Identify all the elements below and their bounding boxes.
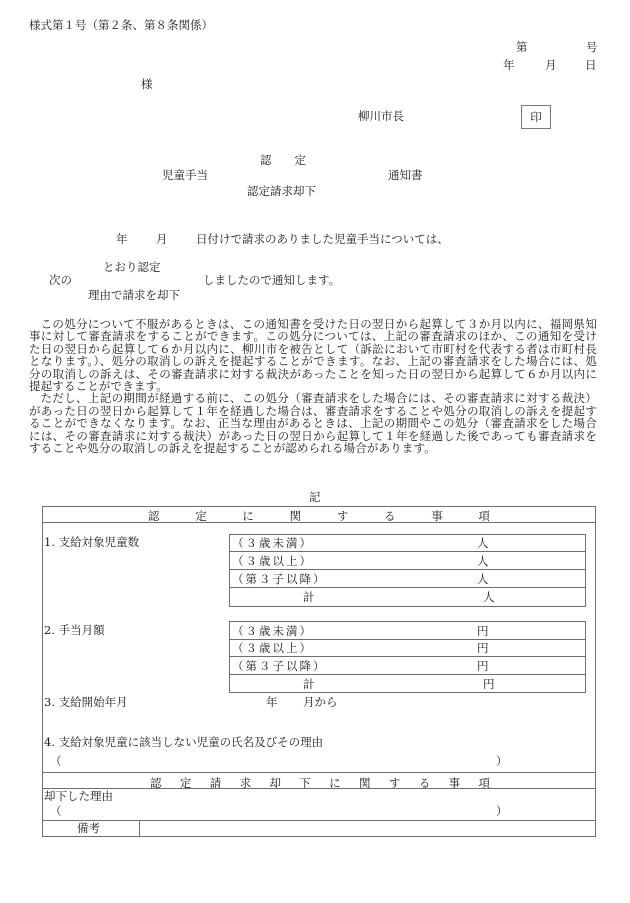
row-label-under3: （３歳未満） xyxy=(232,538,313,550)
remarks-label: 備考 xyxy=(77,823,100,835)
intro-tail: しましたので通知します。 xyxy=(203,275,340,287)
item3-label: 3. 支給開始年月 xyxy=(44,697,128,709)
divider xyxy=(42,772,596,773)
row-label-third-child: （第３子以降） xyxy=(232,574,327,586)
item1-label: 1. 支給対象児童数 xyxy=(44,537,139,549)
issuer-name: 柳川市長 xyxy=(358,111,404,123)
divider xyxy=(42,788,596,789)
divider xyxy=(42,522,596,523)
divider xyxy=(229,656,586,657)
appeal-notice-paragraph-2: ただし、上記の期間が経過する前に、この処分（審査請求をした場合には、その審査請求… xyxy=(29,392,597,454)
ref-go: 号 xyxy=(586,42,598,54)
rejection-reason-label: 却下した理由 xyxy=(44,791,113,803)
divider xyxy=(229,639,586,640)
divider xyxy=(42,820,596,821)
start-month-from: 月から xyxy=(303,697,338,709)
row-label-over3: （３歳以上） xyxy=(232,556,313,568)
remarks-divider xyxy=(139,820,140,837)
row-unit: 人 xyxy=(477,574,489,586)
row-unit: 円 xyxy=(477,626,489,638)
form-number: 様式第１号（第２条、第８条関係） xyxy=(29,20,213,32)
row-unit: 円 xyxy=(477,661,489,673)
intro-lead: 次の xyxy=(49,275,72,287)
item4-close-paren: ） xyxy=(496,756,508,768)
item2-label: 2. 手当月額 xyxy=(44,625,105,637)
row-unit: 円 xyxy=(483,679,495,691)
rejection-open-paren: （ xyxy=(50,806,62,818)
intro-year: 年 xyxy=(116,234,128,246)
intro-option-reject: 理由で請求を却下 xyxy=(88,290,180,302)
row-unit: 人 xyxy=(483,592,495,604)
ref-dai: 第 xyxy=(516,42,528,54)
title-prefix: 児童手当 xyxy=(162,170,208,182)
date-month: 月 xyxy=(545,60,557,72)
appeal-notice: この処分について不服があるときは、この通知書を受けた日の翌日から起算して３か月以… xyxy=(29,318,597,454)
start-year: 年 xyxy=(266,697,278,709)
item4-open-paren: （ xyxy=(50,756,62,768)
title-option-reject: 認定請求却下 xyxy=(247,186,316,198)
title-option-certify: 認 定 xyxy=(260,155,306,167)
divider xyxy=(229,674,586,675)
divider xyxy=(229,569,586,570)
title-suffix: 通知書 xyxy=(388,170,423,182)
row-unit: 円 xyxy=(477,643,489,655)
row-label-over3: （３歳以上） xyxy=(232,643,313,655)
row-label-total: 計 xyxy=(303,679,315,691)
intro-text: 日付けで請求のありました児童手当については、 xyxy=(196,234,449,246)
intro-month: 月 xyxy=(156,234,168,246)
divider xyxy=(229,551,586,552)
row-label-under3: （３歳未満） xyxy=(232,626,313,638)
row-unit: 人 xyxy=(477,538,489,550)
row-label-total: 計 xyxy=(303,592,315,604)
item4-label: 4. 支給対象児童に該当しない児童の氏名及びその理由 xyxy=(44,737,323,749)
addressee-suffix: 様 xyxy=(141,79,153,91)
date-year: 年 xyxy=(503,60,515,72)
ki-heading: 記 xyxy=(309,492,321,504)
row-unit: 人 xyxy=(477,556,489,568)
intro-option-certify: とおり認定 xyxy=(103,262,161,274)
date-day: 日 xyxy=(585,60,597,72)
seal-stamp-box: 印 xyxy=(521,105,551,129)
rejection-close-paren: ） xyxy=(496,806,508,818)
appeal-notice-paragraph-1: この処分について不服があるときは、この通知書を受けた日の翌日から起算して３か月以… xyxy=(29,318,597,392)
row-label-third-child: （第３子以降） xyxy=(232,661,327,673)
divider xyxy=(229,587,586,588)
